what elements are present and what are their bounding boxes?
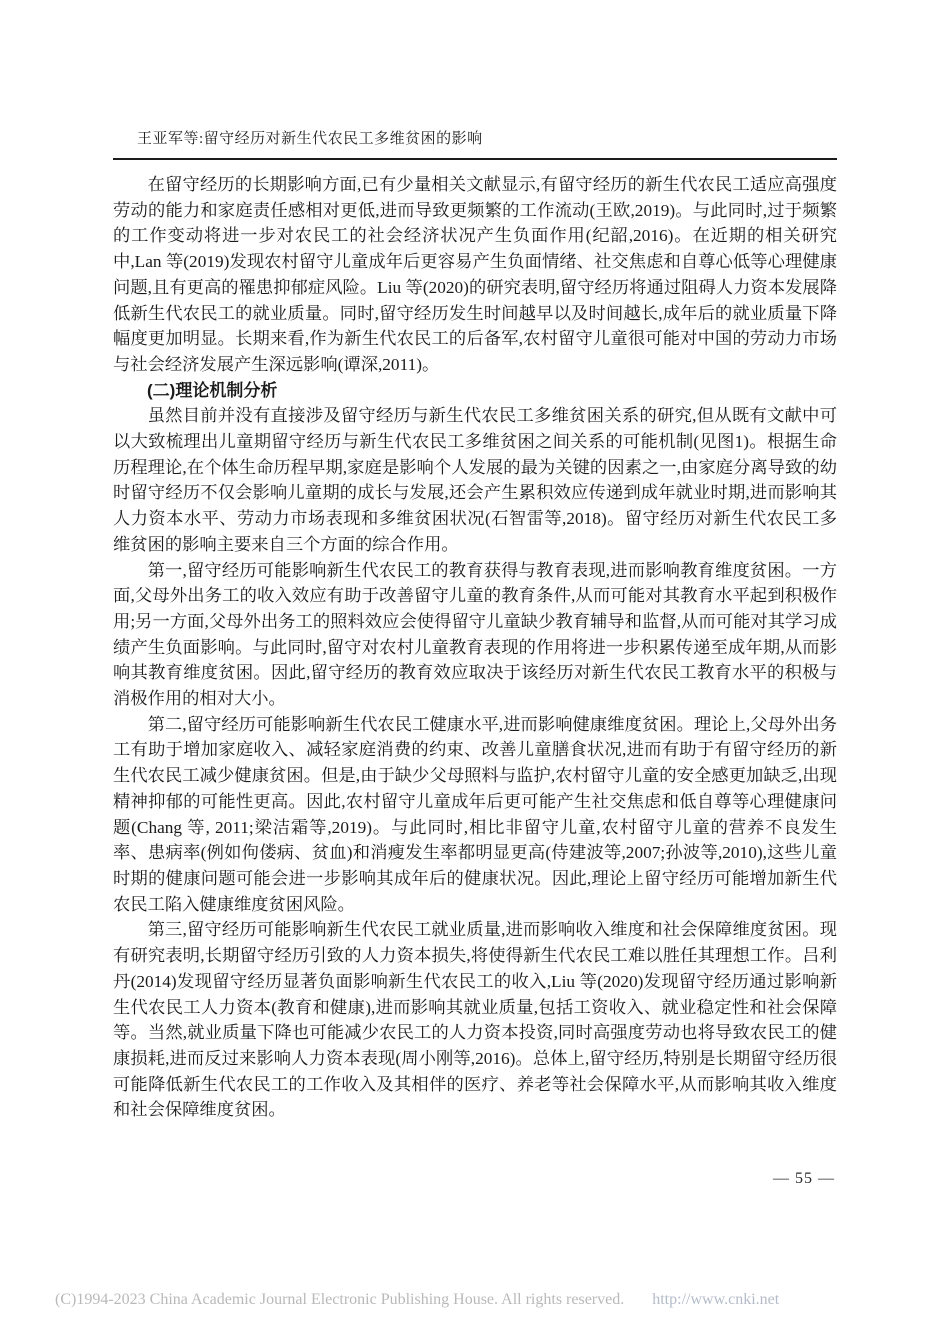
page-content: 王亚军等:留守经历对新生代农民工多维贫困的影响 在留守经历的长期影响方面,已有少… bbox=[113, 129, 837, 1123]
paragraph-long-term-impact: 在留守经历的长期影响方面,已有少量相关文献显示,有留守经历的新生代农民工适应高强… bbox=[113, 172, 837, 378]
section-heading-theoretical-mechanism: (二)理论机制分析 bbox=[113, 378, 837, 404]
footer-watermark: (C)1994-2023 China Academic Journal Elec… bbox=[55, 1291, 915, 1309]
cnki-url: http://www.cnki.net bbox=[652, 1291, 779, 1308]
paragraph-first-education-dimension: 第一,留守经历可能影响新生代农民工的教育获得与教育表现,进而影响教育维度贫困。一… bbox=[113, 558, 837, 712]
copyright-text: (C)1994-2023 China Academic Journal Elec… bbox=[55, 1291, 624, 1308]
paragraph-second-health-dimension: 第二,留守经历可能影响新生代农民工健康水平,进而影响健康维度贫困。理论上,父母外… bbox=[113, 712, 837, 918]
running-head-title: 王亚军等:留守经历对新生代农民工多维贫困的影响 bbox=[113, 129, 837, 149]
journal-page: 王亚军等:留守经历对新生代农民工多维贫困的影响 在留守经历的长期影响方面,已有少… bbox=[0, 0, 950, 1344]
header-rule bbox=[113, 158, 837, 160]
paragraph-third-employment-dimension: 第三,留守经历可能影响新生代农民工就业质量,进而影响收入维度和社会保障维度贫困。… bbox=[113, 917, 837, 1123]
article-body: 在留守经历的长期影响方面,已有少量相关文献显示,有留守经历的新生代农民工适应高强… bbox=[113, 172, 837, 1123]
page-number: — 55 — bbox=[773, 1170, 835, 1188]
paragraph-mechanism-overview: 虽然目前并没有直接涉及留守经历与新生代农民工多维贫困关系的研究,但从既有文献中可… bbox=[113, 403, 837, 557]
